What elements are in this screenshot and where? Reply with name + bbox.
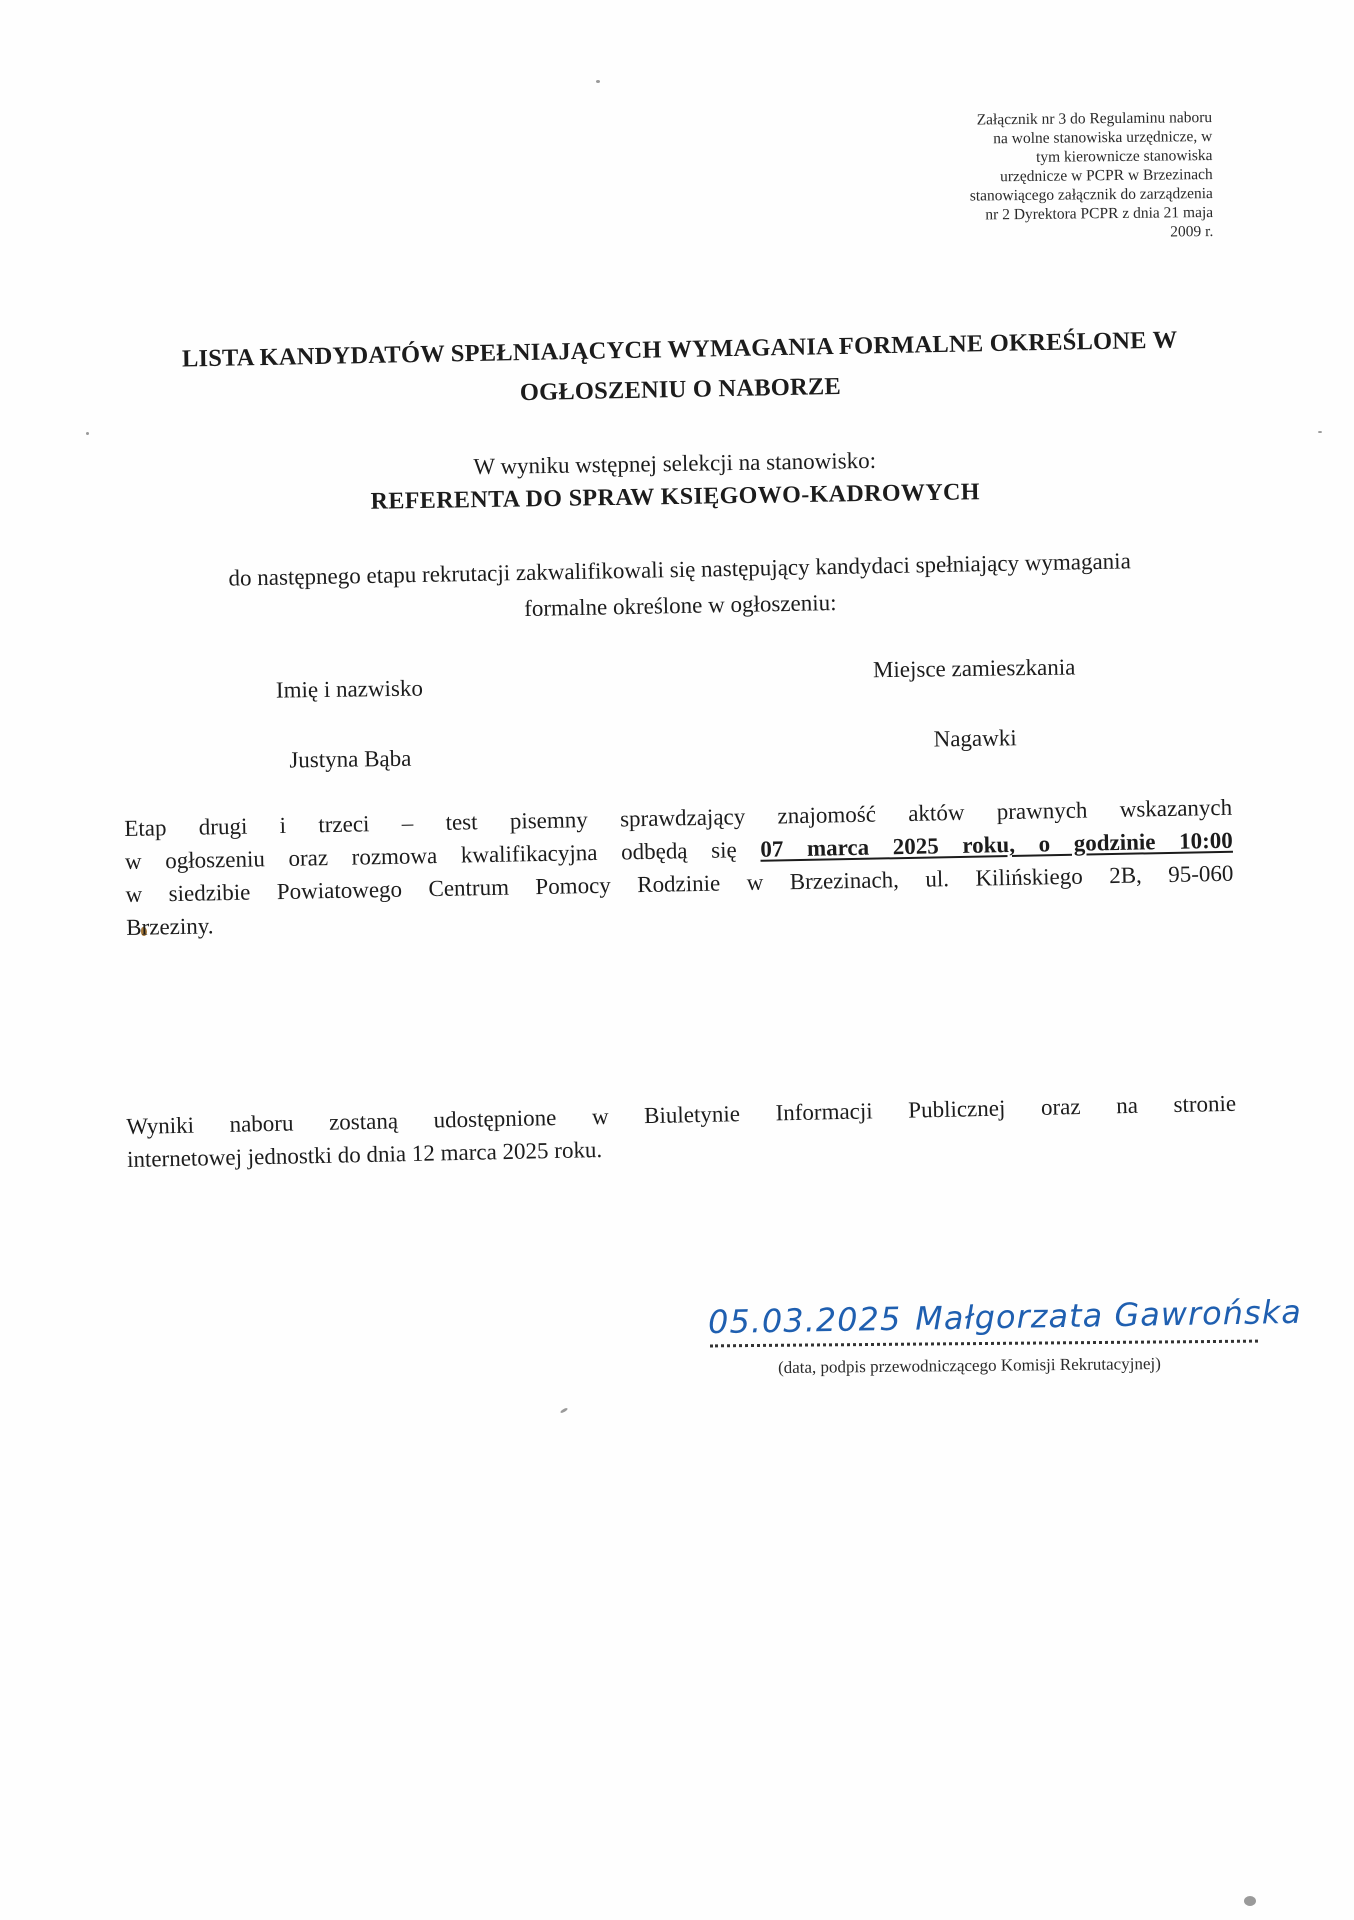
candidates-table: Imię i nazwisko Justyna Bąba Miejsce zam… [229,664,1131,797]
selection-intro: W wyniku wstępnej selekcji na stanowisko… [300,442,1051,520]
annex-line: 2009 r. [913,222,1213,244]
scan-speck [86,432,89,435]
column-header-residence: Miejsce zamieszkania [809,652,1139,687]
column-residence: Miejsce zamieszkania Nagawki [809,652,1140,757]
signature-block: 05.03.2025Małgorzata Gawrońska (data, po… [708,1300,1268,1400]
stage-info-paragraph: Etap drugi i trzeci – test pisemny spraw… [124,791,1234,944]
annex-note: Załącznik nr 3 do Regulaminu naboru na w… [912,108,1213,244]
handwritten-signature: 05.03.2025Małgorzata Gawrońska [708,1293,1302,1341]
scan-speck [560,1407,568,1414]
exam-date-time: 07 marca 2025 roku, o godzinie 10:00 [760,828,1233,862]
qualified-statement: do następnego etapu rekrutacji zakwalifi… [119,541,1240,634]
scan-speck [1318,431,1322,433]
signature-dotted-line [710,1340,1258,1348]
candidate-residence: Nagawki [810,722,1140,757]
scanned-document-page: Załącznik nr 3 do Regulaminu naboru na w… [0,0,1354,1920]
scan-speck [1244,1896,1256,1906]
column-name: Imię i nazwisko Justyna Bąba [229,673,470,776]
candidate-name: Justyna Bąba [230,743,470,776]
signature-caption: (data, podpis przewodniczącego Komisji R… [778,1354,1161,1378]
results-info-paragraph: Wyniki naboru zostaną udostępnione w Biu… [126,1087,1237,1176]
scan-speck [596,80,600,83]
annex-line: nr 2 Dyrektora PCPR z dnia 21 maja [913,203,1213,225]
column-header-name: Imię i nazwisko [229,673,469,706]
handwritten-name: Małgorzata Gawrońska [915,1293,1302,1338]
document-title: LISTA KANDYDATÓW SPEŁNIAJĄCYCH WYMAGANIA… [99,319,1260,421]
handwritten-date: 05.03.2025 [708,1300,902,1341]
